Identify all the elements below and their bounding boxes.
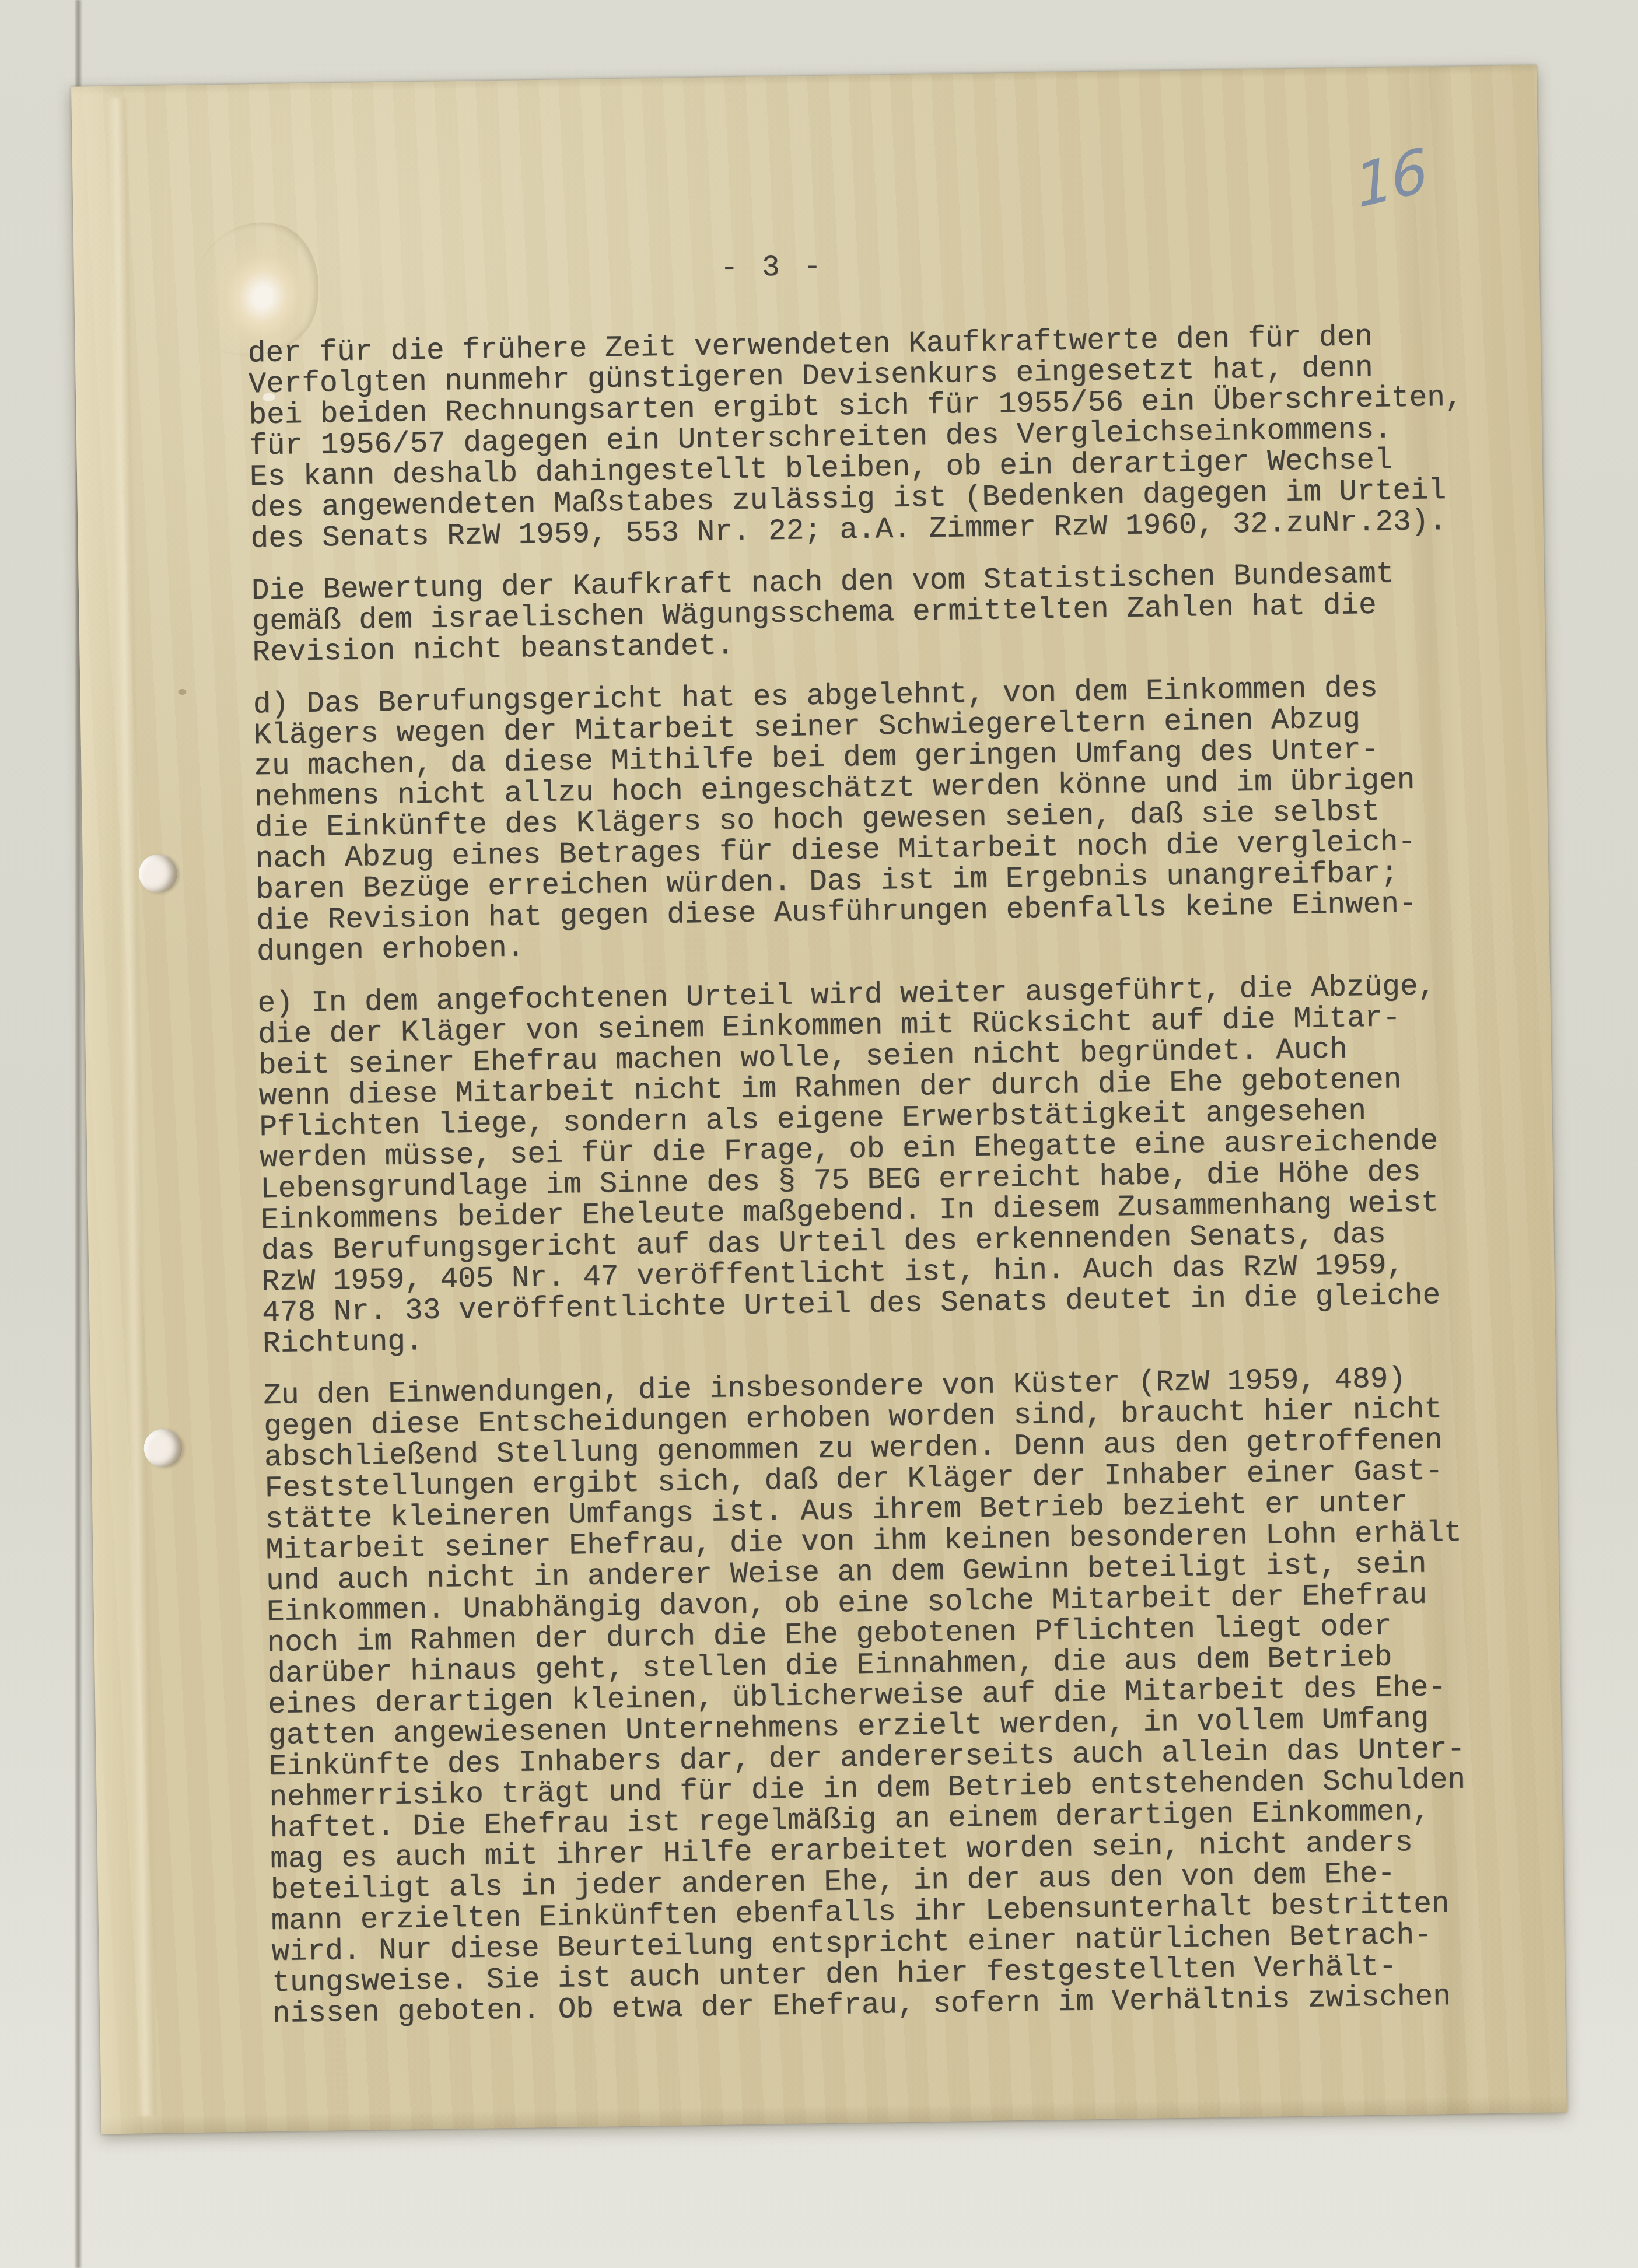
punch-hole-top [139,854,178,893]
punch-hole-bottom [143,1429,183,1468]
page-number: - 3 - [720,251,824,286]
paragraph-einwendungen-kuester: Zu den Einwendungen, die insbesondere vo… [263,1362,1527,2030]
scanned-document-screenshot: { "document": { "page_number_label": "- … [0,0,1638,2268]
paragraph-kaufkraftwerte: der für die frühere Zeit verwendeten Kau… [248,320,1505,555]
left-edge-crease [106,97,156,2116]
paragraph-bewertung-kaufkraft: Die Bewertung der Kaufkraft nach den vom… [251,557,1507,668]
typewritten-text: der für die frühere Zeit verwendeten Kau… [248,320,1527,2051]
paper-speck [178,689,186,695]
document-page: 16 - 3 - der für die frühere Zeit verwen… [71,65,1567,2134]
paragraph-d-berufungsgericht: d) Das Berufungsgericht hat es abgelehnt… [253,671,1511,968]
paragraph-e-angefochtenes-urteil: e) In dem angefochtenen Urteil wird weit… [257,970,1517,1360]
